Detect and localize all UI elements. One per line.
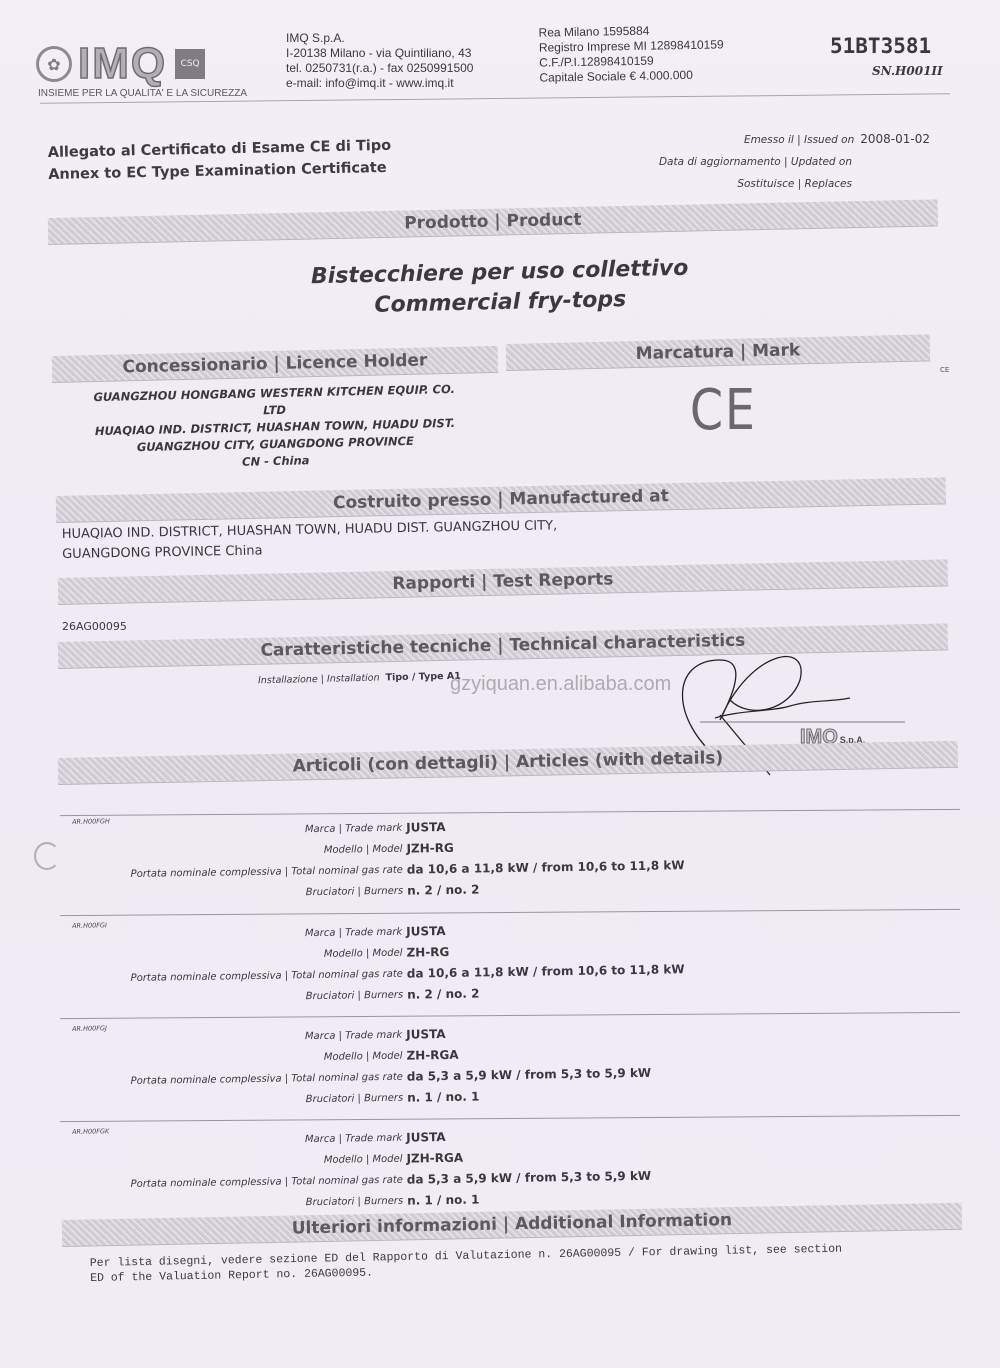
address-line: IMQ S.p.A. xyxy=(286,31,473,46)
burners-label: Bruciatori | Burners xyxy=(63,1196,403,1212)
company-address: IMQ S.p.A. I-20138 Milano - via Quintili… xyxy=(286,31,473,91)
burners-value: n. 2 / no. 2 xyxy=(407,986,479,1001)
document-title: Allegato al Certificato di Esame CE di T… xyxy=(48,135,392,186)
section-mark: Marcatura | Mark xyxy=(506,334,931,371)
burners-value: n. 2 / no. 2 xyxy=(407,882,479,897)
product-name: Bistecchiere per uso collettivo Commerci… xyxy=(0,247,1000,330)
issued-label: Emesso il | Issued on xyxy=(744,134,854,146)
serial-number: SN.H001II xyxy=(872,64,943,78)
section-manufactured-at: Costruito presso | Manufactured at xyxy=(56,477,946,523)
model-label: Modello | Model xyxy=(62,1051,402,1067)
gas-rate-label: Portata nominale complessiva | Total nom… xyxy=(63,1175,403,1191)
replaces-label: Sostituisce | Replaces xyxy=(659,173,852,195)
section-product: Prodotto | Product xyxy=(48,199,938,245)
certificate-number: 51BT3581 xyxy=(830,34,931,58)
manufacturer-address: HUAQIAO IND. DISTRICT, HUASHAN TOWN, HUA… xyxy=(62,516,558,565)
trade-mark-value: JUSTA xyxy=(406,820,446,835)
gas-rate-value: da 5,3 a 5,9 kW / from 5,3 to 5,9 kW xyxy=(407,1066,651,1084)
model-value: ZH-RG xyxy=(406,945,449,960)
installation-type: Installazione | InstallationTipo / Type … xyxy=(258,671,461,687)
punch-hole-icon xyxy=(34,842,60,870)
certificate-page: ✿ IMQ CSQ INSIEME PER LA QUALITA' E LA S… xyxy=(0,0,1000,1368)
trade-mark-value: JUSTA xyxy=(406,1027,446,1042)
company-registry: Rea Milano 1595884 Registro Imprese MI 1… xyxy=(538,22,724,85)
article-divider xyxy=(60,1012,960,1019)
issued-value: 2008-01-02 xyxy=(860,132,930,146)
burners-label: Bruciatori | Burners xyxy=(63,990,403,1006)
trade-mark-label: Marca | Trade mark xyxy=(62,927,402,943)
article-code: AR.H00FGK xyxy=(72,1127,109,1136)
csq-badge: CSQ xyxy=(175,49,205,79)
gas-rate-value: da 10,6 a 11,8 kW / from 10,6 to 11,8 kW xyxy=(407,858,685,876)
model-value: ZH-RGA xyxy=(406,1048,458,1063)
article-code: AR.H00FGH xyxy=(72,817,110,826)
model-label: Modello | Model xyxy=(62,1154,402,1170)
gas-rate-label: Portata nominale complessiva | Total nom… xyxy=(63,1072,403,1088)
test-report-number: 26AG00095 xyxy=(62,620,127,633)
article-code: AR.H00FGI xyxy=(72,921,107,930)
imq-logo: ✿ IMQ CSQ xyxy=(36,42,205,86)
registry-line: Capitale Sociale € 4.000.000 xyxy=(539,67,724,85)
trade-mark-label: Marca | Trade mark xyxy=(62,823,402,839)
section-test-reports: Rapporti | Test Reports xyxy=(58,559,948,605)
issue-info: Emesso il | Issued on2008-01-02 Data di … xyxy=(659,128,930,195)
trade-mark-value: JUSTA xyxy=(406,924,446,939)
installation-label: Installazione | Installation xyxy=(258,673,380,687)
article-code: AR.H00FGJ xyxy=(72,1024,107,1033)
trade-mark-label: Marca | Trade mark xyxy=(62,1133,402,1149)
ce-mark-icon: CE xyxy=(690,378,757,443)
address-line: tel. 0250731(r.a.) - fax 0250991500 xyxy=(286,61,473,76)
model-label: Modello | Model xyxy=(62,948,402,964)
article-divider xyxy=(60,909,960,916)
address-line: I-20138 Milano - via Quintiliano, 43 xyxy=(286,46,473,61)
additional-info-text: Per lista disegni, vedere sezione ED del… xyxy=(90,1242,843,1286)
address-line: e-mail: info@imq.it - www.imq.it xyxy=(286,76,473,91)
section-licence-holder: Concessionario | Licence Holder xyxy=(52,346,498,383)
gas-rate-value: da 10,6 a 11,8 kW / from 10,6 to 11,8 kW xyxy=(407,962,685,980)
gas-rate-label: Portata nominale complessiva | Total nom… xyxy=(63,969,403,985)
imq-emblem-icon: ✿ xyxy=(36,46,72,82)
trade-mark-value: JUSTA xyxy=(406,1130,446,1145)
gas-rate-label: Portata nominale complessiva | Total nom… xyxy=(63,865,403,881)
article-divider xyxy=(60,809,960,816)
ce-small-label: CE xyxy=(940,366,949,374)
logo-text: IMQ xyxy=(78,42,167,86)
burners-value: n. 1 / no. 1 xyxy=(407,1089,479,1104)
model-value: JZH-RG xyxy=(406,841,453,856)
gas-rate-value: da 5,3 a 5,9 kW / from 5,3 to 5,9 kW xyxy=(407,1169,651,1187)
watermark: gzyiquan.en.alibaba.com xyxy=(450,673,671,696)
trade-mark-label: Marca | Trade mark xyxy=(62,1030,402,1046)
model-label: Modello | Model xyxy=(62,844,402,860)
article-divider xyxy=(60,1115,960,1122)
tagline: INSIEME PER LA QUALITA' E LA SICUREZZA xyxy=(38,88,247,99)
updated-label: Data di aggiornamento | Updated on xyxy=(659,151,852,173)
model-value: JZH-RGA xyxy=(406,1151,463,1166)
burners-value: n. 1 / no. 1 xyxy=(407,1192,479,1207)
burners-label: Bruciatori | Burners xyxy=(63,1093,403,1109)
burners-label: Bruciatori | Burners xyxy=(63,886,403,902)
licence-holder-details: GUANGZHOU HONGBANG WESTERN KITCHEN EQUIP… xyxy=(49,380,501,475)
